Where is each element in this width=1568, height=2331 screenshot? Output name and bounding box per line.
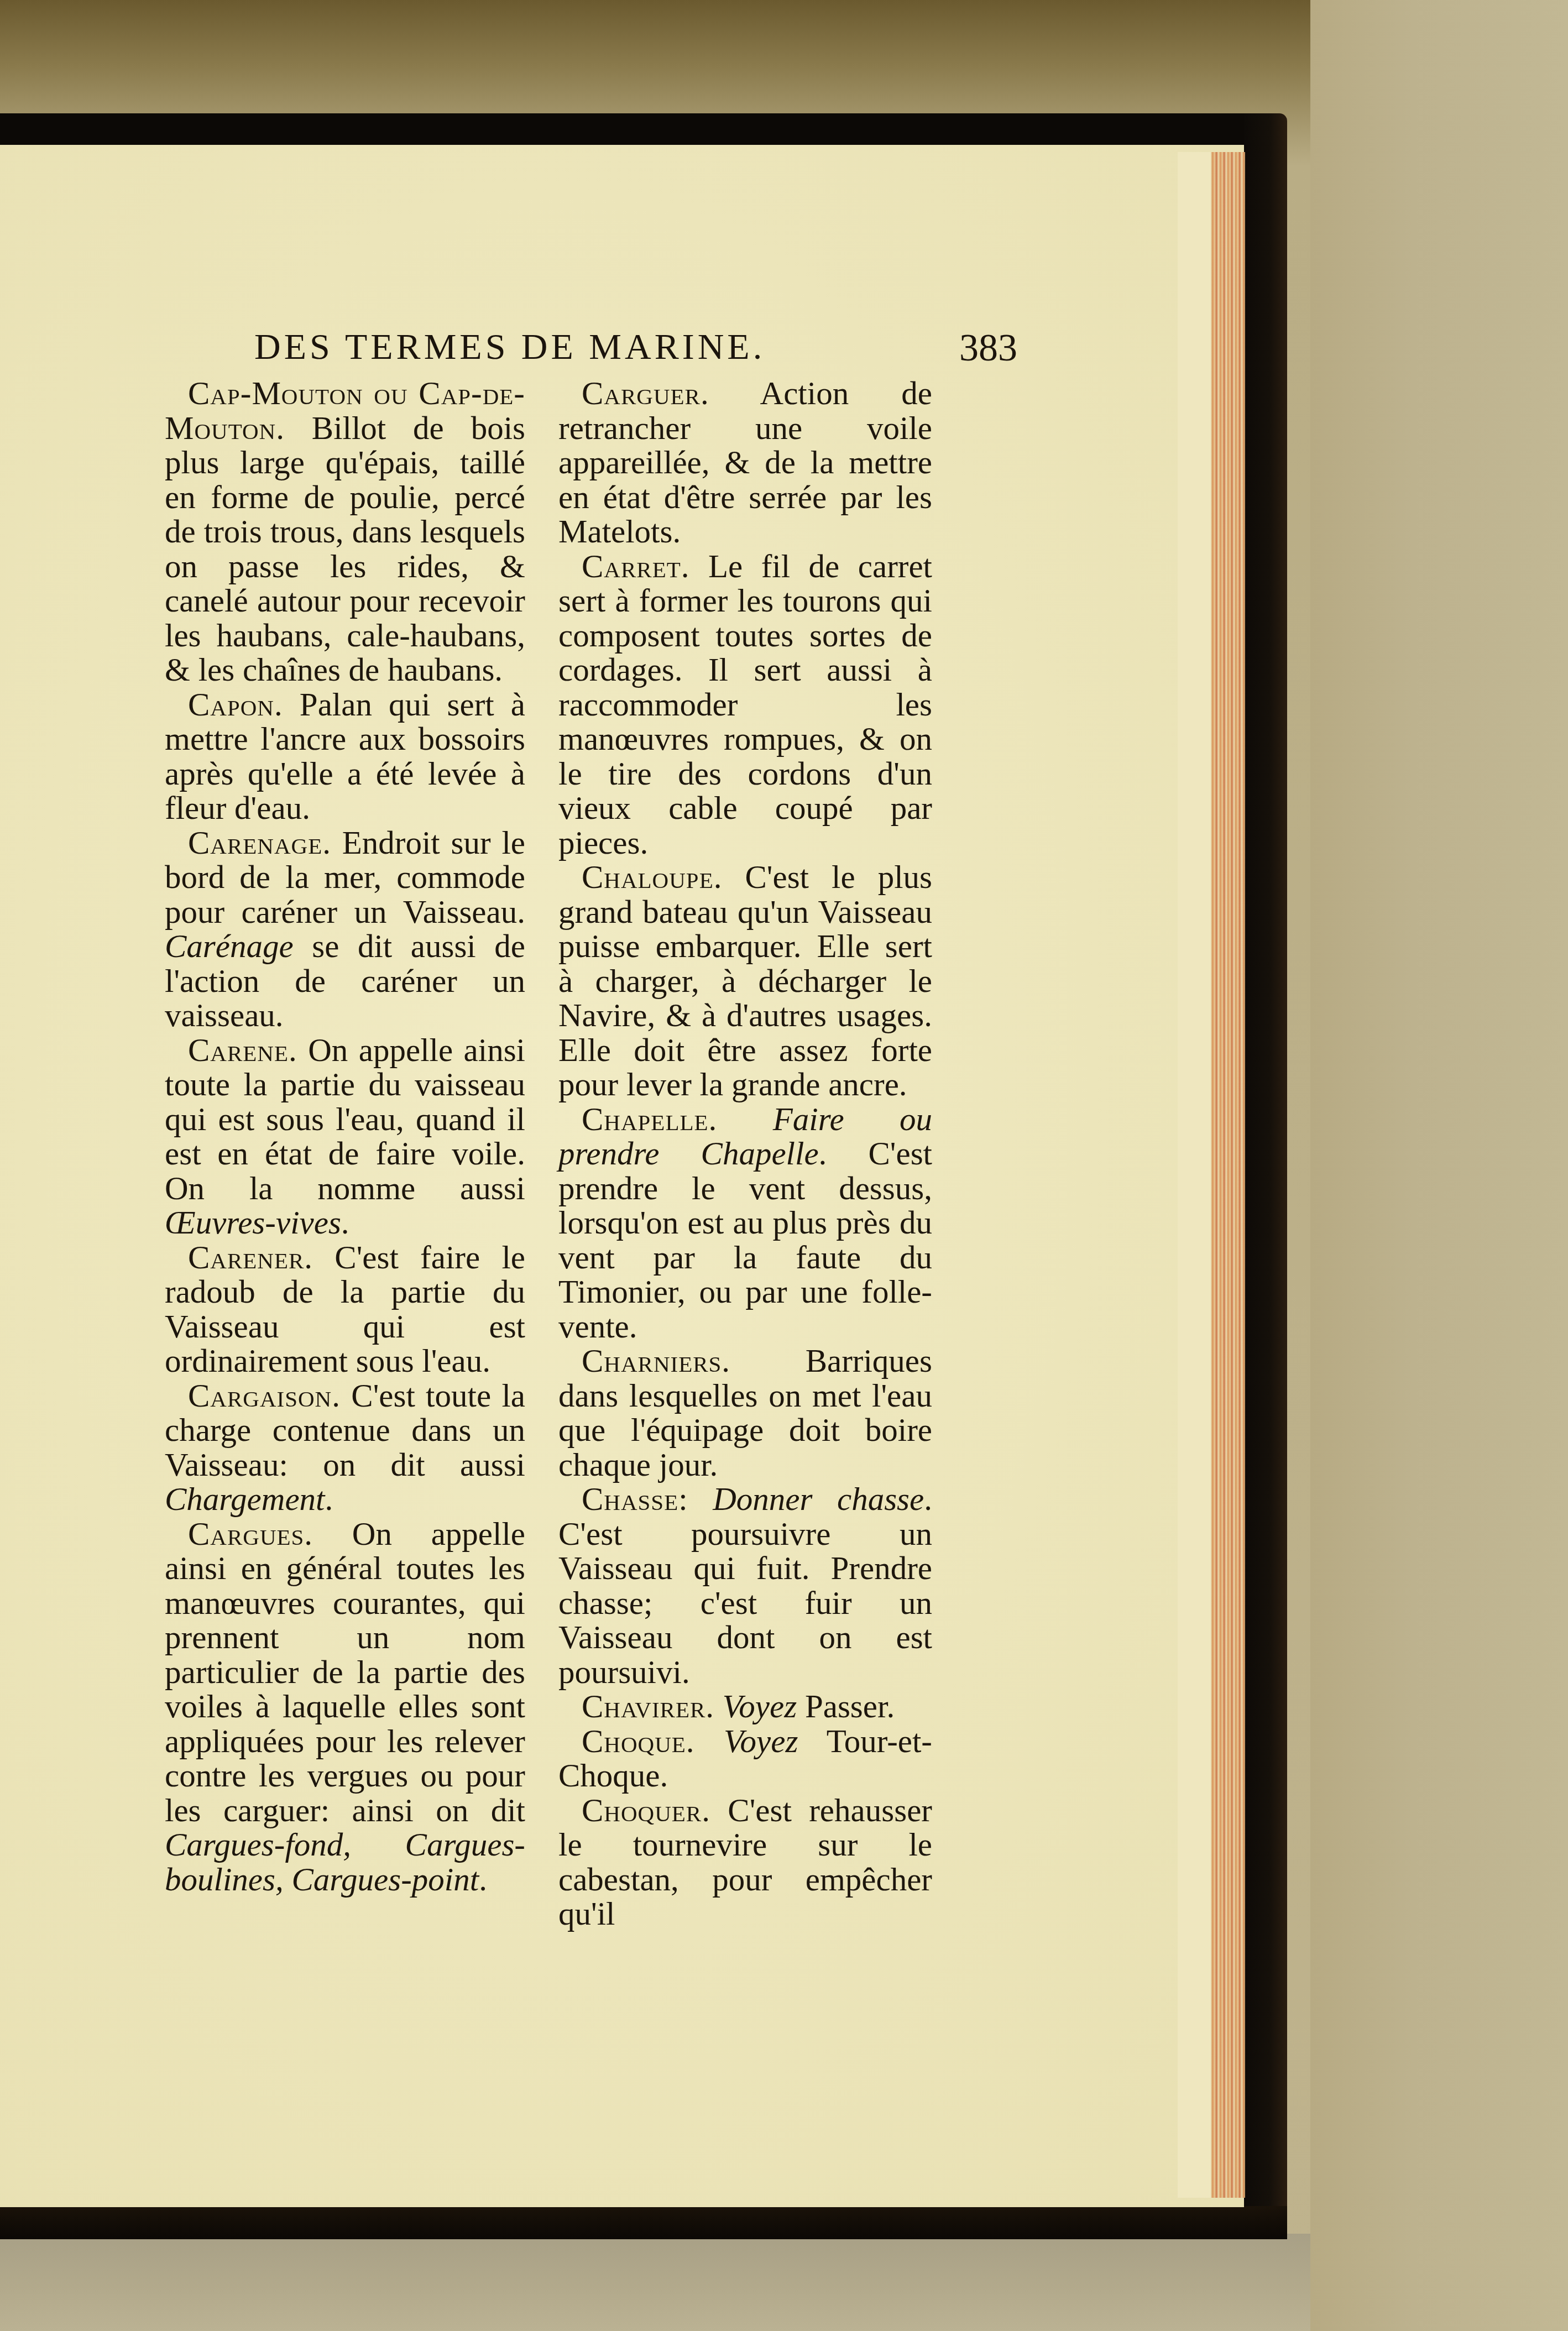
entry-body <box>695 1723 724 1759</box>
entry: Charniers. Barriques dans lesquelles on … <box>558 1344 932 1482</box>
entry: Carguer. Action de retrancher une voile … <box>558 376 932 549</box>
entry: Capon. Palan qui sert à mettre l'ancre a… <box>165 687 525 825</box>
entry-italic: Carénage <box>165 928 294 964</box>
book-cover-spine-edge <box>1244 113 1287 2234</box>
entry-body <box>714 1688 723 1724</box>
entry-body <box>717 1101 772 1137</box>
entry-body: Le fil de carret sert à former les touro… <box>558 548 932 861</box>
book-cover-top-edge <box>0 113 1266 147</box>
entry-italic: Œuvres-vives <box>165 1204 341 1241</box>
scan-background-bottom <box>0 2234 1310 2331</box>
entry-term: Carguer. <box>582 375 709 411</box>
entry-italic: Donner chasse <box>713 1481 924 1517</box>
entry-term: Carene. <box>188 1032 297 1068</box>
entry-italic: Cargues-fond, Cargues-boulines, Cargues-… <box>165 1826 525 1898</box>
entry-term: Chasse: <box>582 1481 688 1517</box>
entry-body-cont: Passer. <box>797 1688 895 1724</box>
entry-term: Carener. <box>188 1239 313 1276</box>
entry: Chaloupe. C'est le plus grand bateau qu'… <box>558 860 932 1102</box>
entry-body-cont: . <box>479 1861 487 1898</box>
entry: Cap-Mouton ou Cap-de-Mouton. Billot de b… <box>165 376 525 687</box>
entry: Carener. C'est faire le radoub de la par… <box>165 1240 525 1378</box>
entry-italic: Voyez <box>724 1723 798 1759</box>
entry-term: Cargaison. <box>188 1377 341 1414</box>
entry-term: Carret. <box>582 548 690 584</box>
entry-body: On appelle ainsi en général toutes les m… <box>165 1515 525 1828</box>
page-number: 383 <box>959 326 1017 370</box>
entry-term: Cargues. <box>188 1515 313 1552</box>
entry: Choquer. C'est rehausser le tournevire s… <box>558 1793 932 1931</box>
entry-body: Billot de bois plus large qu'épais, tail… <box>165 410 525 688</box>
entry-term: Charniers. <box>582 1342 730 1379</box>
left-column: Cap-Mouton ou Cap-de-Mouton. Billot de b… <box>165 376 525 1896</box>
scan-background-right <box>1310 0 1568 2331</box>
entry: Chavirer. Voyez Passer. <box>558 1689 932 1724</box>
red-page-edges <box>1211 152 1245 2198</box>
entry: Carene. On appelle ainsi toute la partie… <box>165 1033 525 1240</box>
entry: Chasse: Donner chasse. C'est poursuivre … <box>558 1482 932 1689</box>
entry-term: Carenage. <box>188 824 331 861</box>
page-margin <box>1178 152 1211 2198</box>
entry-body-cont: . <box>341 1204 349 1241</box>
entry-term: Chavirer. <box>582 1688 714 1724</box>
entry-italic: Voyez <box>723 1688 797 1724</box>
entry-term: Chapelle. <box>582 1101 717 1137</box>
entry: Choque. Voyez Tour-et-Choque. <box>558 1724 932 1793</box>
entry-term: Choque. <box>582 1723 695 1759</box>
entry-body <box>688 1481 713 1517</box>
entry: Chapelle. Faire ou prendre Chapelle. C'e… <box>558 1102 932 1344</box>
running-head-title: DES TERMES DE MARINE. <box>254 326 765 368</box>
entry: Carret. Le fil de carret sert à former l… <box>558 549 932 860</box>
entry-italic: Chargement <box>165 1481 325 1517</box>
right-column: Carguer. Action de retrancher une voile … <box>558 376 932 1931</box>
entry: Cargaison. C'est toute la charge contenu… <box>165 1378 525 1517</box>
entry: Cargues. On appelle ainsi en général tou… <box>165 1517 525 1897</box>
entry-body: C'est le plus grand bateau qu'un Vaissea… <box>558 859 932 1102</box>
entry-term: Capon. <box>188 686 283 723</box>
book-cover-bottom-edge <box>0 2206 1287 2239</box>
entry-body-cont: . <box>325 1481 333 1517</box>
entry-term: Choquer. <box>582 1792 710 1828</box>
entry-term: Chaloupe. <box>582 859 722 895</box>
entry: Carenage. Endroit sur le bord de la mer,… <box>165 825 525 1033</box>
